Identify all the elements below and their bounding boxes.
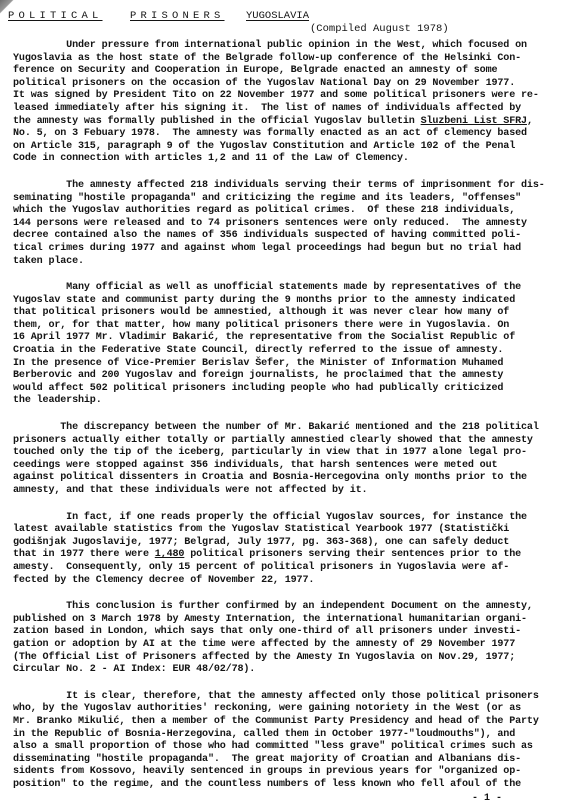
text-line: The discrepancy between the number of Mr… [13,422,581,435]
text-line: taken place. [13,256,581,269]
text-line: The amnesty affected 218 individuals ser… [13,180,581,193]
text-line: touched only the tip of the iceberg, par… [13,447,581,460]
text-line: It is clear, therefore, that the amnesty… [13,691,581,704]
paragraph: Many official as well as unofficial stat… [13,282,581,408]
paragraph: In fact, if one reads properly the offic… [13,512,581,588]
text-line: Mr. Branko Mikulić, then a member of the… [13,716,581,729]
text-line: 144 persons were released and to 74 pris… [13,218,581,231]
title-country: YUGOSLAVIA [246,10,309,22]
text-line: Code in connection with articles 1,2 and… [13,153,581,166]
text-line: in the Republic of Bosnia-Herzegovina, c… [13,729,581,742]
paragraph: The amnesty affected 218 individuals ser… [13,180,581,268]
underlined-text: Sluzbeni List SFRJ [421,116,527,127]
underlined-text: 1,480 [155,549,185,560]
document-header: POLITICAL PRISONERS YUGOSLAVIA (Compiled… [8,8,578,38]
text-line: on Article 315, paragraph 9 of the Yugos… [13,141,581,154]
paragraph: This conclusion is further confirmed by … [13,601,581,677]
text-line: which the Yugoslav authorities regard as… [13,205,581,218]
text-line: godišnjak Jugoslavije, 1977; Belgrad, Ju… [13,537,581,550]
text-line: ceedings were stopped against 356 indivi… [13,460,581,473]
text-line: decree contained also the names of 356 i… [13,230,581,243]
title-prisoners: PRISONERS [130,10,225,22]
text-line: tical crimes during 1977 and against who… [13,243,581,256]
text-line: the amnesty was formally published in th… [13,116,581,129]
text-line: In the presence of Vice-Premier Berislav… [13,358,581,371]
text-line: amesty. Consequently, only 15 percent of… [13,562,581,575]
text-line: political prisoners on the occasion of t… [13,78,581,91]
title-political: POLITICAL [8,10,103,22]
text-line: ference on Security and Cooperation in E… [13,65,581,78]
text-line: that political prisoners would be amnest… [13,307,581,320]
text-line: Yugoslavia as the host state of the Belg… [13,53,581,66]
text-line: who, by the Yugoslav authorities' reckon… [13,703,581,716]
text-line: published on 3 March 1978 by Amesty Inte… [13,614,581,627]
text-line: Many official as well as unofficial stat… [13,282,581,295]
text-line: seminating "hostile propaganda" and crit… [13,193,581,206]
text-line: against political dissenters in Croatia … [13,472,581,485]
text-line: amnesty, and that these individuals were… [13,485,581,498]
text-line: that in 1977 there were 1,480 political … [13,549,581,562]
text-line: zation based in London, which says that … [13,626,581,639]
document-body: Under pressure from international public… [13,40,581,805]
text-line: leased immediately after his signing it.… [13,103,581,116]
text-line: the leadership. [13,395,581,408]
text-line: Yugoslav state and communist party durin… [13,295,581,308]
text-line: also a small proportion of those who had… [13,741,581,754]
text-line: position" to the regime, and the countle… [13,779,581,792]
paragraph: Under pressure from international public… [13,40,581,166]
page-number: - 1 - [472,793,502,804]
paragraph: It is clear, therefore, that the amnesty… [13,691,581,792]
compiled-date: (Compiled August 1978) [310,23,449,35]
text-line: disseminating "hostile propaganda". The … [13,754,581,767]
text-line: Under pressure from international public… [13,40,581,53]
paragraph: The discrepancy between the number of Mr… [13,422,581,498]
text-line: gation or adoption by AI at the time wer… [13,639,581,652]
text-line: It was signed by President Tito on 22 No… [13,90,581,103]
text-line: them, or, for that matter, how many poli… [13,320,581,333]
text-line: latest available statistics from the Yug… [13,524,581,537]
text-line: would affect 502 political prisoners inc… [13,383,581,396]
text-line: Croatia in the Federative State Council,… [13,345,581,358]
text-line: Berberovic and 200 Yugoslav and foreign … [13,370,581,383]
text-line: (The Official List of Prisoners affected… [13,652,581,665]
text-line: This conclusion is further confirmed by … [13,601,581,614]
text-line: 16 April 1977 Mr. Vladimir Bakarić, the … [13,332,581,345]
text-line: Circular No. 2 - AI Index: EUR 48/02/78)… [13,664,581,677]
text-line: fected by the Clemency decree of Novembe… [13,575,581,588]
text-line: No. 5, on 3 Febuary 1978. The amnesty wa… [13,128,581,141]
text-line: In fact, if one reads properly the offic… [13,512,581,525]
text-line: prisoners actually either totally or par… [13,435,581,448]
text-line: sidents from Kossovo, heavily sentenced … [13,766,581,779]
